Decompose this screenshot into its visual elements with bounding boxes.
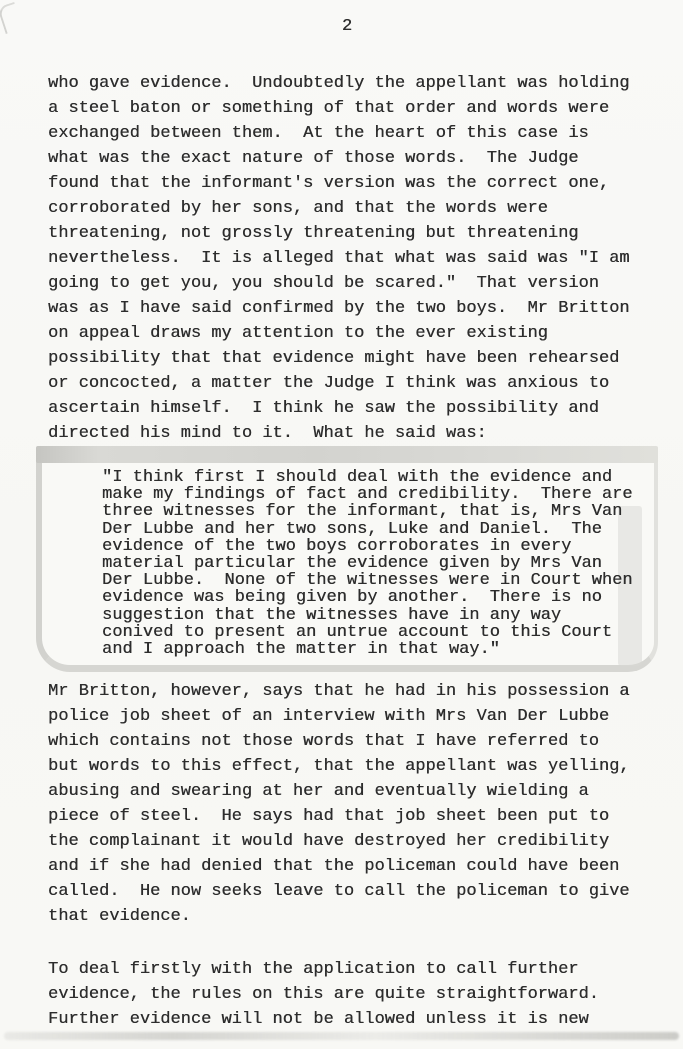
pasted-quote-sheet: "I think first I should deal with the ev… (36, 446, 658, 672)
paragraph-2: Mr Britton, however, says that he had in… (48, 679, 648, 929)
paragraph-1: who gave evidence. Undoubtedly the appel… (48, 71, 648, 446)
document-page: 2 who gave evidence. Undoubtedly the app… (0, 0, 683, 1049)
block-quote: "I think first I should deal with the ev… (102, 469, 642, 658)
paragraph-3: To deal firstly with the application to … (48, 957, 648, 1032)
tape-strip-top (36, 446, 658, 463)
scan-artifact-bottom-edge (4, 1032, 679, 1040)
page-number: 2 (0, 16, 683, 38)
